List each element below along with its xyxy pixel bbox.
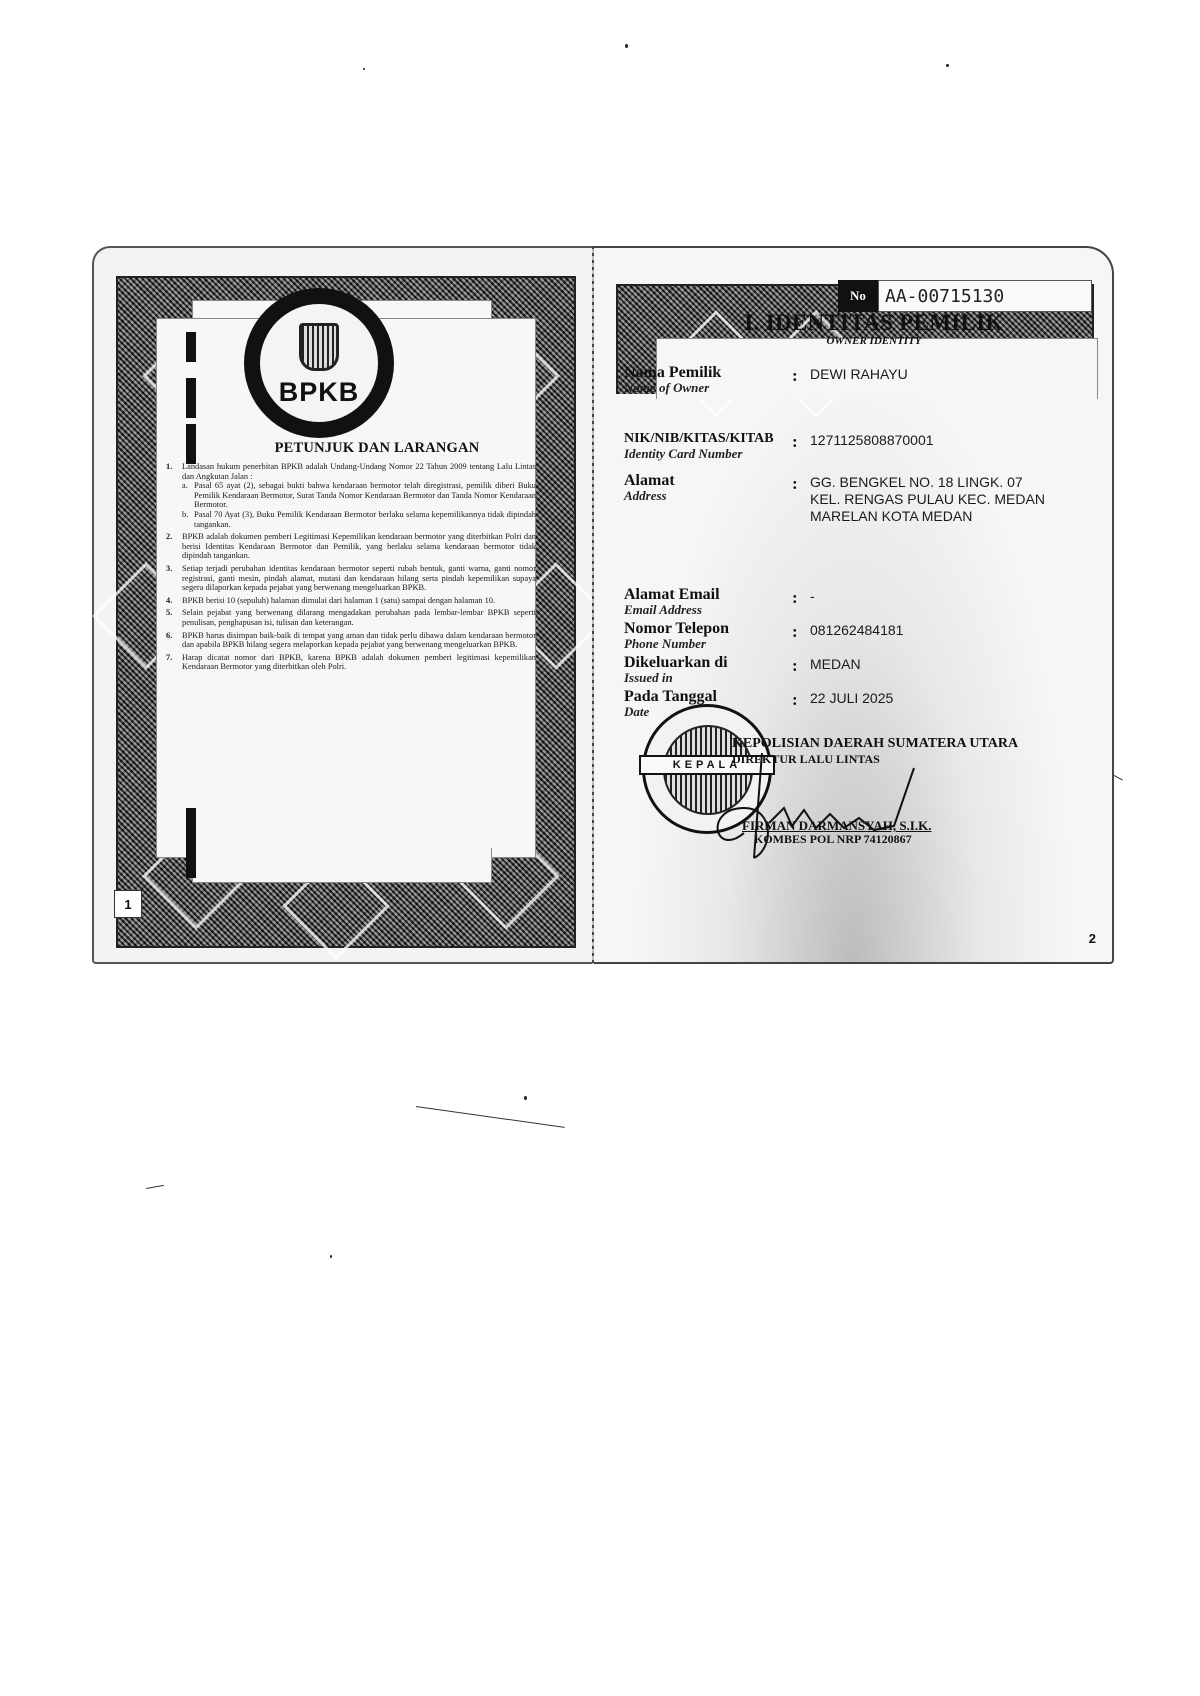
- rule-item: 6.BPKB harus disimpan baik-baik di tempa…: [164, 631, 536, 650]
- bpkb-logo: BPKB: [244, 288, 394, 438]
- scan-mark: [416, 1106, 565, 1128]
- instructions-title: PETUNJUK DAN LARANGAN: [212, 440, 542, 457]
- rule-item: 2.BPKB adalah dokumen pemberi Legitimasi…: [164, 532, 536, 561]
- rule-text: Landasan hukum penerbitan BPKB adalah Un…: [182, 462, 536, 529]
- rule-text: BPKB berisi 10 (sepuluh) halaman dimulai…: [182, 596, 536, 606]
- section-title: I. IDENTITAS PEMILIK: [694, 310, 1054, 336]
- rule-text: Harap dicatat nomor dari BPKB, karena BP…: [182, 653, 536, 672]
- official-stamp: KEPALA: [642, 704, 772, 834]
- scan-artifact: [186, 424, 196, 464]
- rule-number: 3.: [164, 564, 182, 593]
- rule-subitem: a.Pasal 65 ayat (2), sebagai bukti bahwa…: [182, 481, 536, 510]
- rule-subnumber: b.: [182, 510, 194, 529]
- rule-number: 4.: [164, 596, 182, 606]
- page-number: 1: [114, 890, 142, 918]
- rule-number: 6.: [164, 631, 182, 650]
- issue-date-value: 22 JULI 2025: [810, 690, 893, 707]
- scan-speck: [946, 64, 949, 67]
- phone-value: 081262484181: [810, 622, 903, 639]
- page-right: No AA-00715130 I. IDENTITAS PEMILIK OWNE…: [594, 246, 1114, 964]
- email-value: -: [810, 588, 815, 605]
- rule-subitem: b.Pasal 70 Ayat (3), Buku Pemilik Kendar…: [182, 510, 536, 529]
- bpkb-booklet: BPKB PETUNJUK DAN LARANGAN 1.Landasan hu…: [92, 246, 1114, 964]
- scan-artifact: [186, 378, 196, 418]
- issuer-position: DIREKTUR LALU LINTAS: [732, 752, 880, 767]
- rule-text: Setiap terjadi perubahan identitas kenda…: [182, 564, 536, 593]
- rule-subtext: Pasal 65 ayat (2), sebagai bukti bahwa k…: [194, 481, 536, 510]
- rule-item: 7.Harap dicatat nomor dari BPKB, karena …: [164, 653, 536, 672]
- page-left: BPKB PETUNJUK DAN LARANGAN 1.Landasan hu…: [92, 246, 594, 964]
- identity-number-value: 1271125808870001: [810, 432, 934, 449]
- signer-rank: KOMBES POL NRP 74120867: [754, 832, 912, 847]
- rule-subtext: Pasal 70 Ayat (3), Buku Pemilik Kendaraa…: [194, 510, 536, 529]
- scan-speck: [524, 1096, 527, 1100]
- issued-in-value: MEDAN: [810, 656, 861, 673]
- rule-subnumber: a.: [182, 481, 194, 510]
- scan-speck: [330, 1255, 332, 1258]
- scan-artifact: [186, 808, 196, 878]
- rules-list: 1.Landasan hukum penerbitan BPKB adalah …: [164, 462, 536, 675]
- rule-item: 1.Landasan hukum penerbitan BPKB adalah …: [164, 462, 536, 529]
- scan-speck: [363, 68, 365, 70]
- page-number: 2: [1089, 931, 1096, 946]
- rule-item: 5.Selain pejabat yang berwenang dilarang…: [164, 608, 536, 627]
- scan-speck: [625, 44, 628, 48]
- scan-mark: [146, 1185, 164, 1189]
- rule-text: BPKB adalah dokumen pemberi Legitimasi K…: [182, 532, 536, 561]
- rule-item: 3.Setiap terjadi perubahan identitas ken…: [164, 564, 536, 593]
- section-subtitle: OWNER IDENTITY: [694, 335, 1054, 347]
- issuer-organization: KEPOLISIAN DAERAH SUMATERA UTARA: [732, 736, 1018, 752]
- rule-text: BPKB harus disimpan baik-baik di tempat …: [182, 631, 536, 650]
- rule-number: 5.: [164, 608, 182, 627]
- rule-number: 2.: [164, 532, 182, 561]
- document-number: AA-00715130: [878, 280, 1092, 312]
- rule-item: 4.BPKB berisi 10 (sepuluh) halaman dimul…: [164, 596, 536, 606]
- owner-name-value: DEWI RAHAYU: [810, 366, 908, 383]
- police-emblem-icon: [299, 323, 339, 371]
- rule-text: Selain pejabat yang berwenang dilarang m…: [182, 608, 536, 627]
- logo-text: BPKB: [279, 377, 360, 408]
- rule-number: 7.: [164, 653, 182, 672]
- rule-number: 1.: [164, 462, 182, 529]
- panel-notch: [192, 848, 492, 883]
- address-value: GG. BENGKEL NO. 18 LINGK. 07 KEL. RENGAS…: [810, 474, 1045, 525]
- number-label: No: [838, 280, 878, 312]
- scan-artifact: [186, 332, 196, 362]
